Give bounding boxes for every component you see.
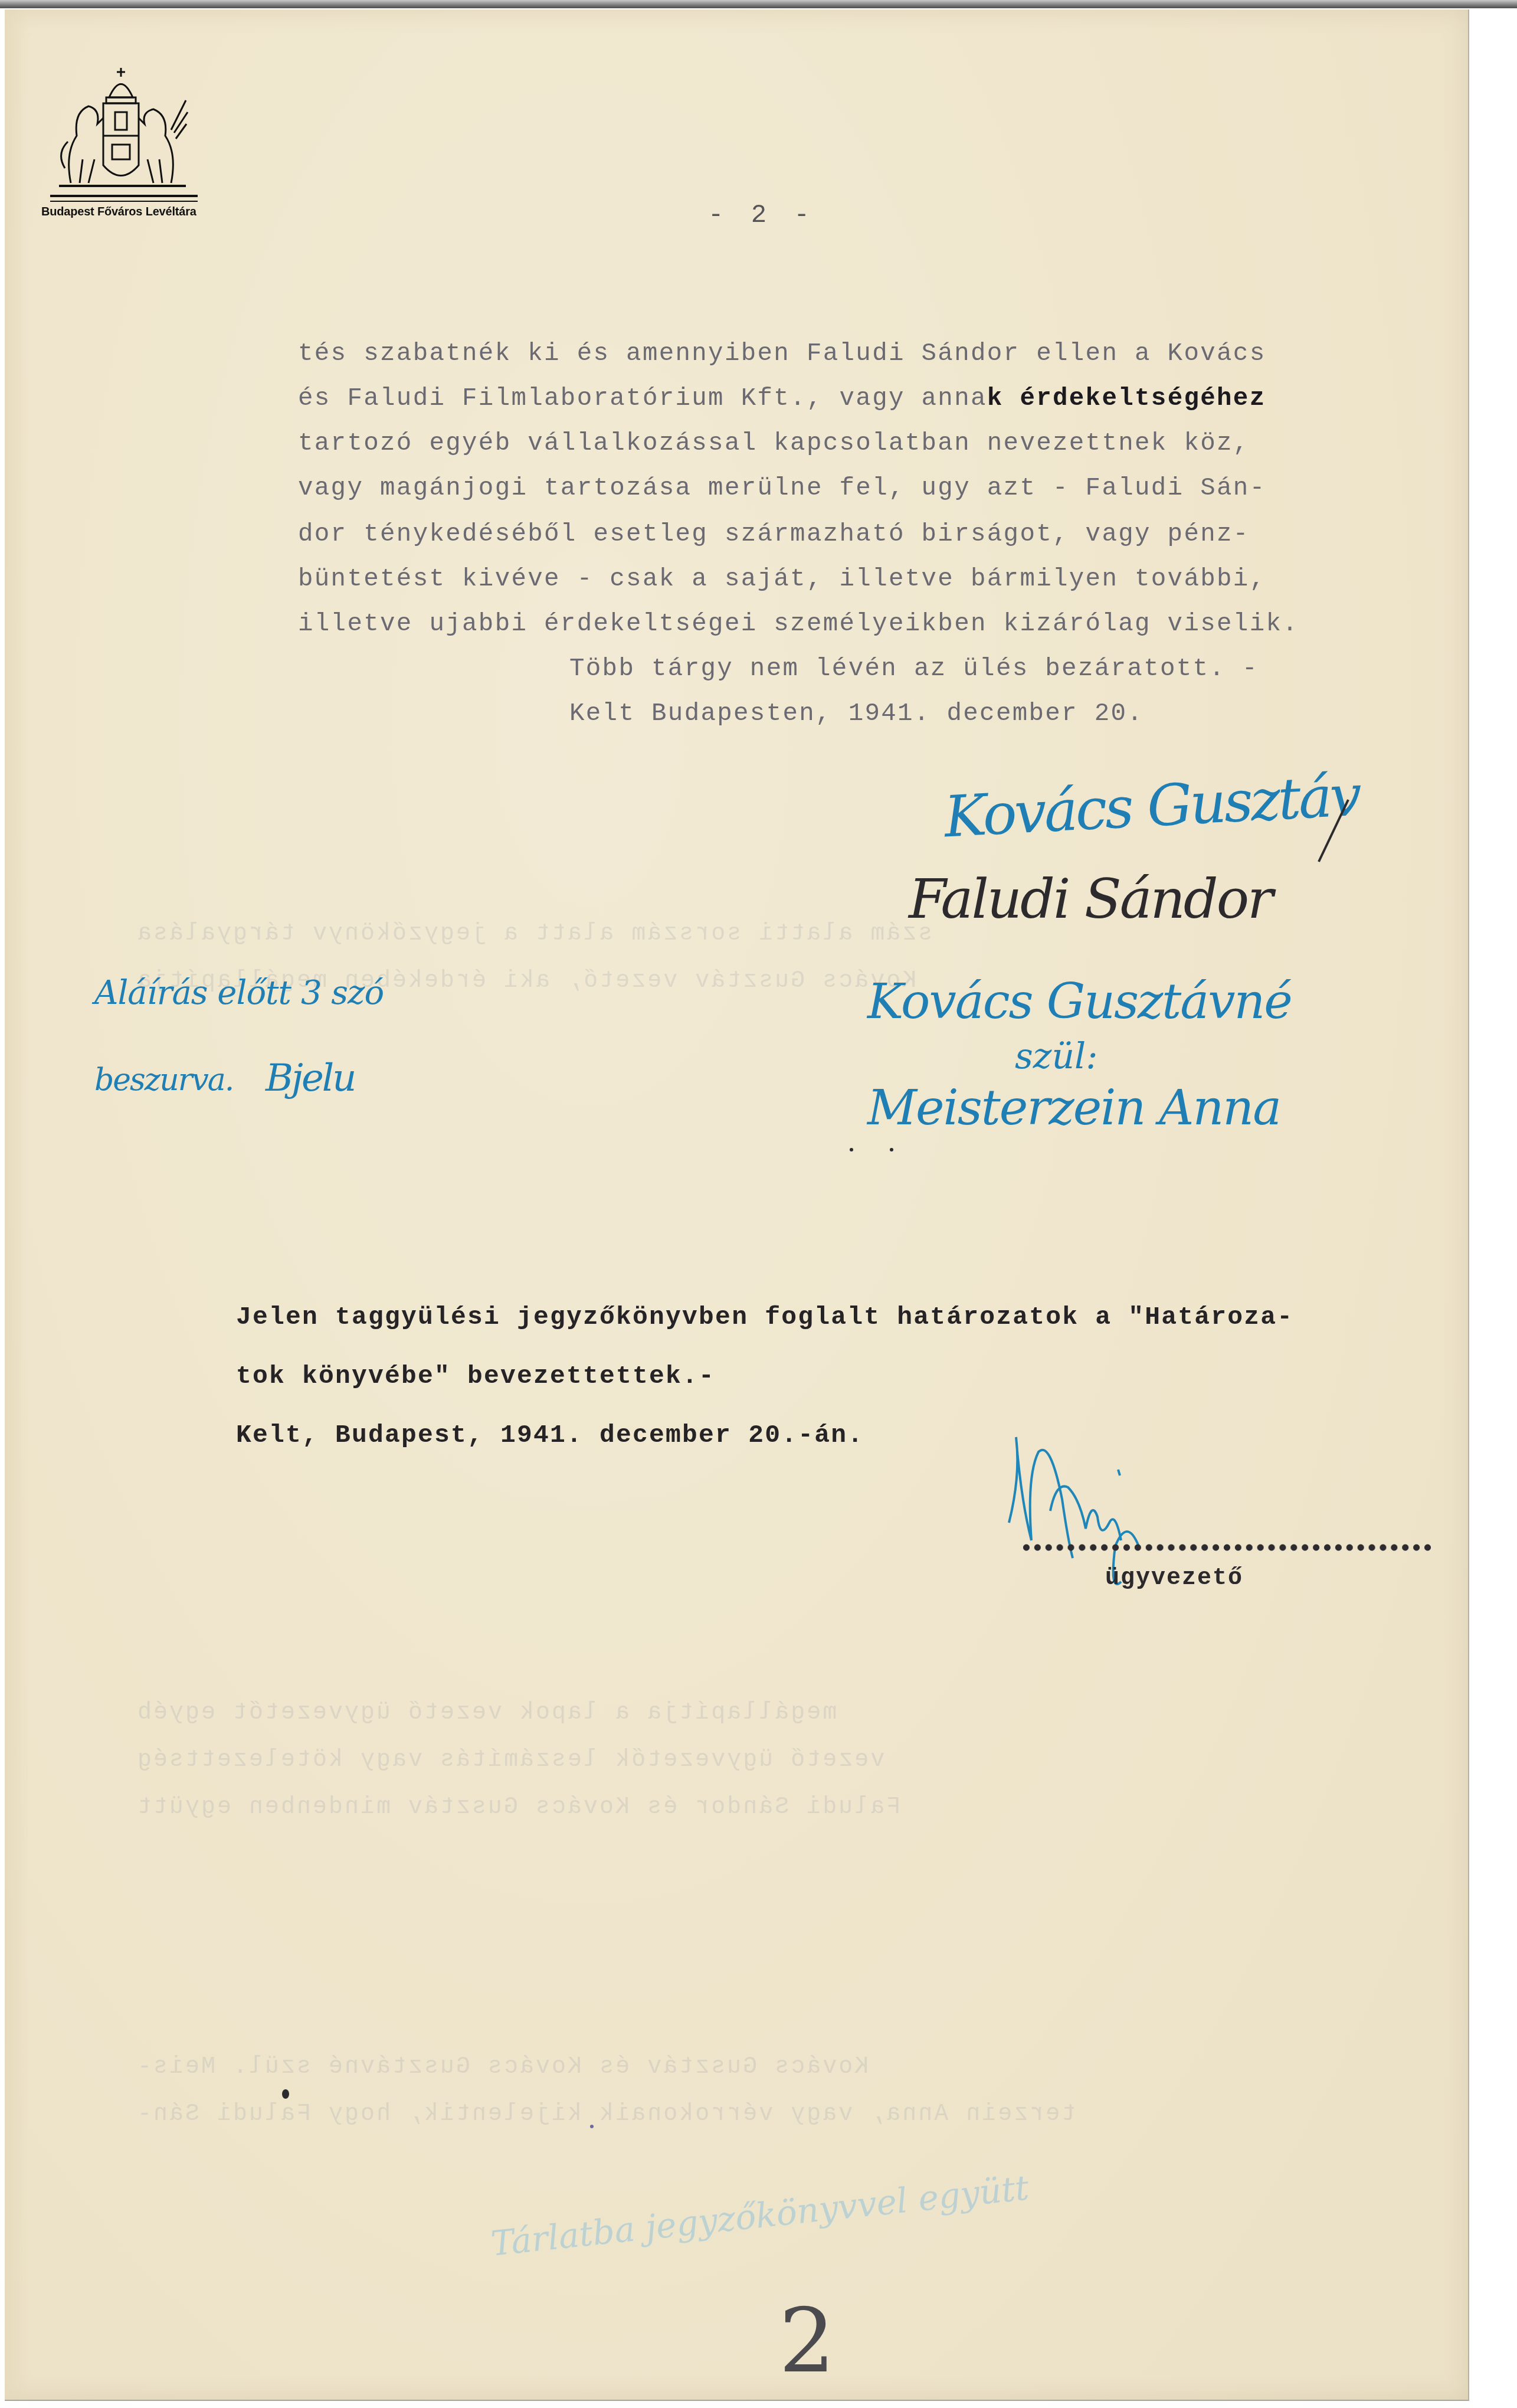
archive-name: Budapest Főváros Levéltára [41, 205, 230, 219]
margin-note-initials: Bjelu [266, 1056, 355, 1100]
bleed-through-text: Kovács Gusztáv és Kovács Gusztávné szül.… [136, 2054, 869, 2080]
ink-dot [850, 1148, 853, 1151]
archive-stamp: Budapest Főváros Levéltára [35, 65, 230, 219]
body-line-7: illetve ujabbi érdekeltségei személyeikb… [298, 611, 1299, 637]
signature-faludi-sandor: Faludi Sándor [909, 868, 1272, 931]
scanner-top-edge [0, 0, 1517, 8]
body-line-2-bold: k érdekeltségéhez [987, 384, 1266, 413]
date-line: Kelt Budapesten, 1941. december 20. [569, 701, 1144, 727]
ink-dot [282, 2089, 289, 2099]
ink-dot [890, 1148, 893, 1151]
body-line-5: dor ténykedéséből esetleg származható bi… [298, 522, 1250, 547]
bleed-through-text: Faludi Sándor és Kovács Gusztáv mindenbe… [136, 1794, 900, 1821]
paper-left-edge [5, 9, 27, 2400]
signature-kovacs-gusztavne: Kovács Gusztávné [867, 974, 1292, 1030]
body-line-6: büntetést kivéve - csak a saját, illetve… [298, 567, 1266, 592]
body-line-4: vagy magánjogi tartozása merülne fel, ug… [298, 476, 1266, 501]
resolution-line-2: tok könyvébe" bevezettettek.- [236, 1363, 715, 1389]
body-line-3: tartozó egyéb vállalkozással kapcsolatba… [298, 431, 1250, 456]
signature-slash-mark [1316, 797, 1351, 868]
margin-note-line-2: beszurva. [94, 1062, 233, 1098]
body-line-2: és Faludi Filmlaboratórium Kft., vagy an… [298, 386, 1266, 411]
signature-meisterzein-anna: Meisterzein Anna [867, 1080, 1280, 1136]
bleed-through-text: vezető ügyvezetők leszámítás vagy kötele… [136, 1747, 884, 1774]
page-number: - 2 - [708, 201, 815, 230]
folio-number: 2 [779, 2290, 835, 2393]
logo-divider [50, 195, 198, 202]
body-line-2-text: és Faludi Filmlaboratórium Kft., vagy an… [298, 384, 987, 413]
resolution-line-1: Jelen taggyülési jegyzőkönyvben foglalt … [236, 1304, 1293, 1330]
bleed-through-text: szám alatti sorszám alatt a jegyzőkönyv … [136, 921, 932, 947]
bleed-through-text: terzein Anna, vagy vérrokonaik kijelenti… [136, 2101, 1076, 2128]
document-page [5, 9, 1469, 2401]
resolution-line-3: Kelt, Budapest, 1941. december 20.-án. [236, 1422, 864, 1448]
closing-line: Több tárgy nem lévén az ülés bezáratott.… [569, 656, 1259, 682]
budapest-coat-of-arms-icon [53, 65, 189, 195]
margin-note-line-1: Aláírás előtt 3 szó [94, 974, 384, 1012]
role-label-ugyvezeto: ügyvezető [1105, 1565, 1243, 1592]
bleed-through-text: megállapítja a lapok vezető ügyvezetőt e… [136, 1700, 837, 1726]
signature-szul-label: szül: [1015, 1036, 1097, 1077]
body-line-1: tés szabatnék ki és amennyiben Faludi Sá… [298, 341, 1266, 367]
ink-dot [590, 2125, 594, 2128]
signature-dotted-line [1021, 1543, 1434, 1552]
